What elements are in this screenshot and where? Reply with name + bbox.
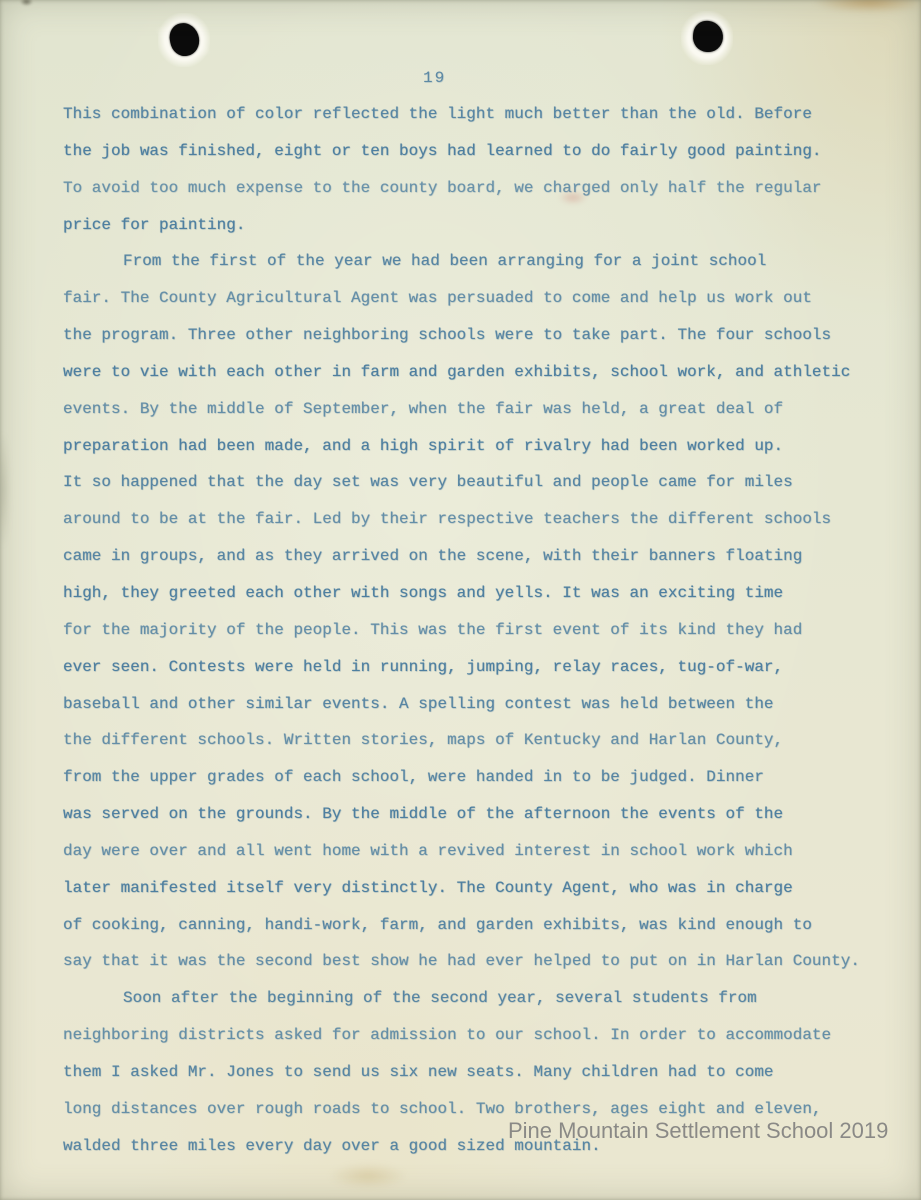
typewritten-line: baseball and other similar events. A spe… bbox=[63, 686, 893, 723]
paper-stain-bottom bbox=[328, 1163, 408, 1189]
typewritten-line: the different schools. Written stories, … bbox=[63, 722, 893, 759]
typewritten-line: fair. The County Agricultural Agent was … bbox=[63, 280, 893, 317]
punch-hole-right bbox=[681, 11, 733, 65]
typewritten-line: came in groups, and as they arrived on t… bbox=[63, 538, 893, 575]
typewritten-line: were to vie with each other in farm and … bbox=[63, 354, 893, 391]
corner-mark-top-left bbox=[20, 0, 33, 6]
typewritten-line: them I asked Mr. Jones to send us six ne… bbox=[63, 1054, 893, 1091]
typewritten-line: the job was finished, eight or ten boys … bbox=[63, 133, 893, 170]
typewritten-line: around to be at the fair. Led by their r… bbox=[63, 501, 893, 538]
punch-hole-left bbox=[158, 13, 210, 67]
typewritten-line: day were over and all went home with a r… bbox=[63, 833, 893, 870]
paper-stain-top-right bbox=[812, 0, 921, 13]
typewritten-line: later manifested itself very distinctly.… bbox=[63, 870, 893, 907]
archive-watermark: Pine Mountain Settlement School 2019 bbox=[508, 1118, 888, 1144]
typewritten-line: price for painting. bbox=[63, 207, 893, 244]
typewritten-line: high, they greeted each other with songs… bbox=[63, 575, 893, 612]
typewritten-line: To avoid too much expense to the county … bbox=[63, 170, 893, 207]
typewritten-line: from the upper grades of each school, we… bbox=[63, 759, 893, 796]
typewritten-line: for the majority of the people. This was… bbox=[63, 612, 893, 649]
page-number: 19 bbox=[423, 69, 446, 87]
paragraph-2: From the first of the year we had been a… bbox=[63, 243, 893, 980]
scanned-document-page: 19 This combination of color reflected t… bbox=[0, 0, 921, 1200]
typewritten-line: Soon after the beginning of the second y… bbox=[63, 980, 893, 1017]
typewritten-line: was served on the grounds. By the middle… bbox=[63, 796, 893, 833]
paragraph-1: This combination of color reflected the … bbox=[63, 96, 893, 243]
typewritten-line: From the first of the year we had been a… bbox=[63, 243, 893, 280]
typewritten-line: ever seen. Contests were held in running… bbox=[63, 649, 893, 686]
typewritten-line: events. By the middle of September, when… bbox=[63, 391, 893, 428]
typewritten-line: This combination of color reflected the … bbox=[63, 96, 893, 133]
typewritten-text-body: This combination of color reflected the … bbox=[63, 96, 893, 1164]
typewritten-line: the program. Three other neighboring sch… bbox=[63, 317, 893, 354]
typewritten-line: It so happened that the day set was very… bbox=[63, 464, 893, 501]
paper-shadow-left-edge bbox=[0, 430, 10, 550]
typewritten-line: of cooking, canning, handi-work, farm, a… bbox=[63, 907, 893, 944]
typewritten-line: preparation had been made, and a high sp… bbox=[63, 428, 893, 465]
typewritten-line: neighboring districts asked for admissio… bbox=[63, 1017, 893, 1054]
typewritten-line: say that it was the second best show he … bbox=[63, 943, 893, 980]
